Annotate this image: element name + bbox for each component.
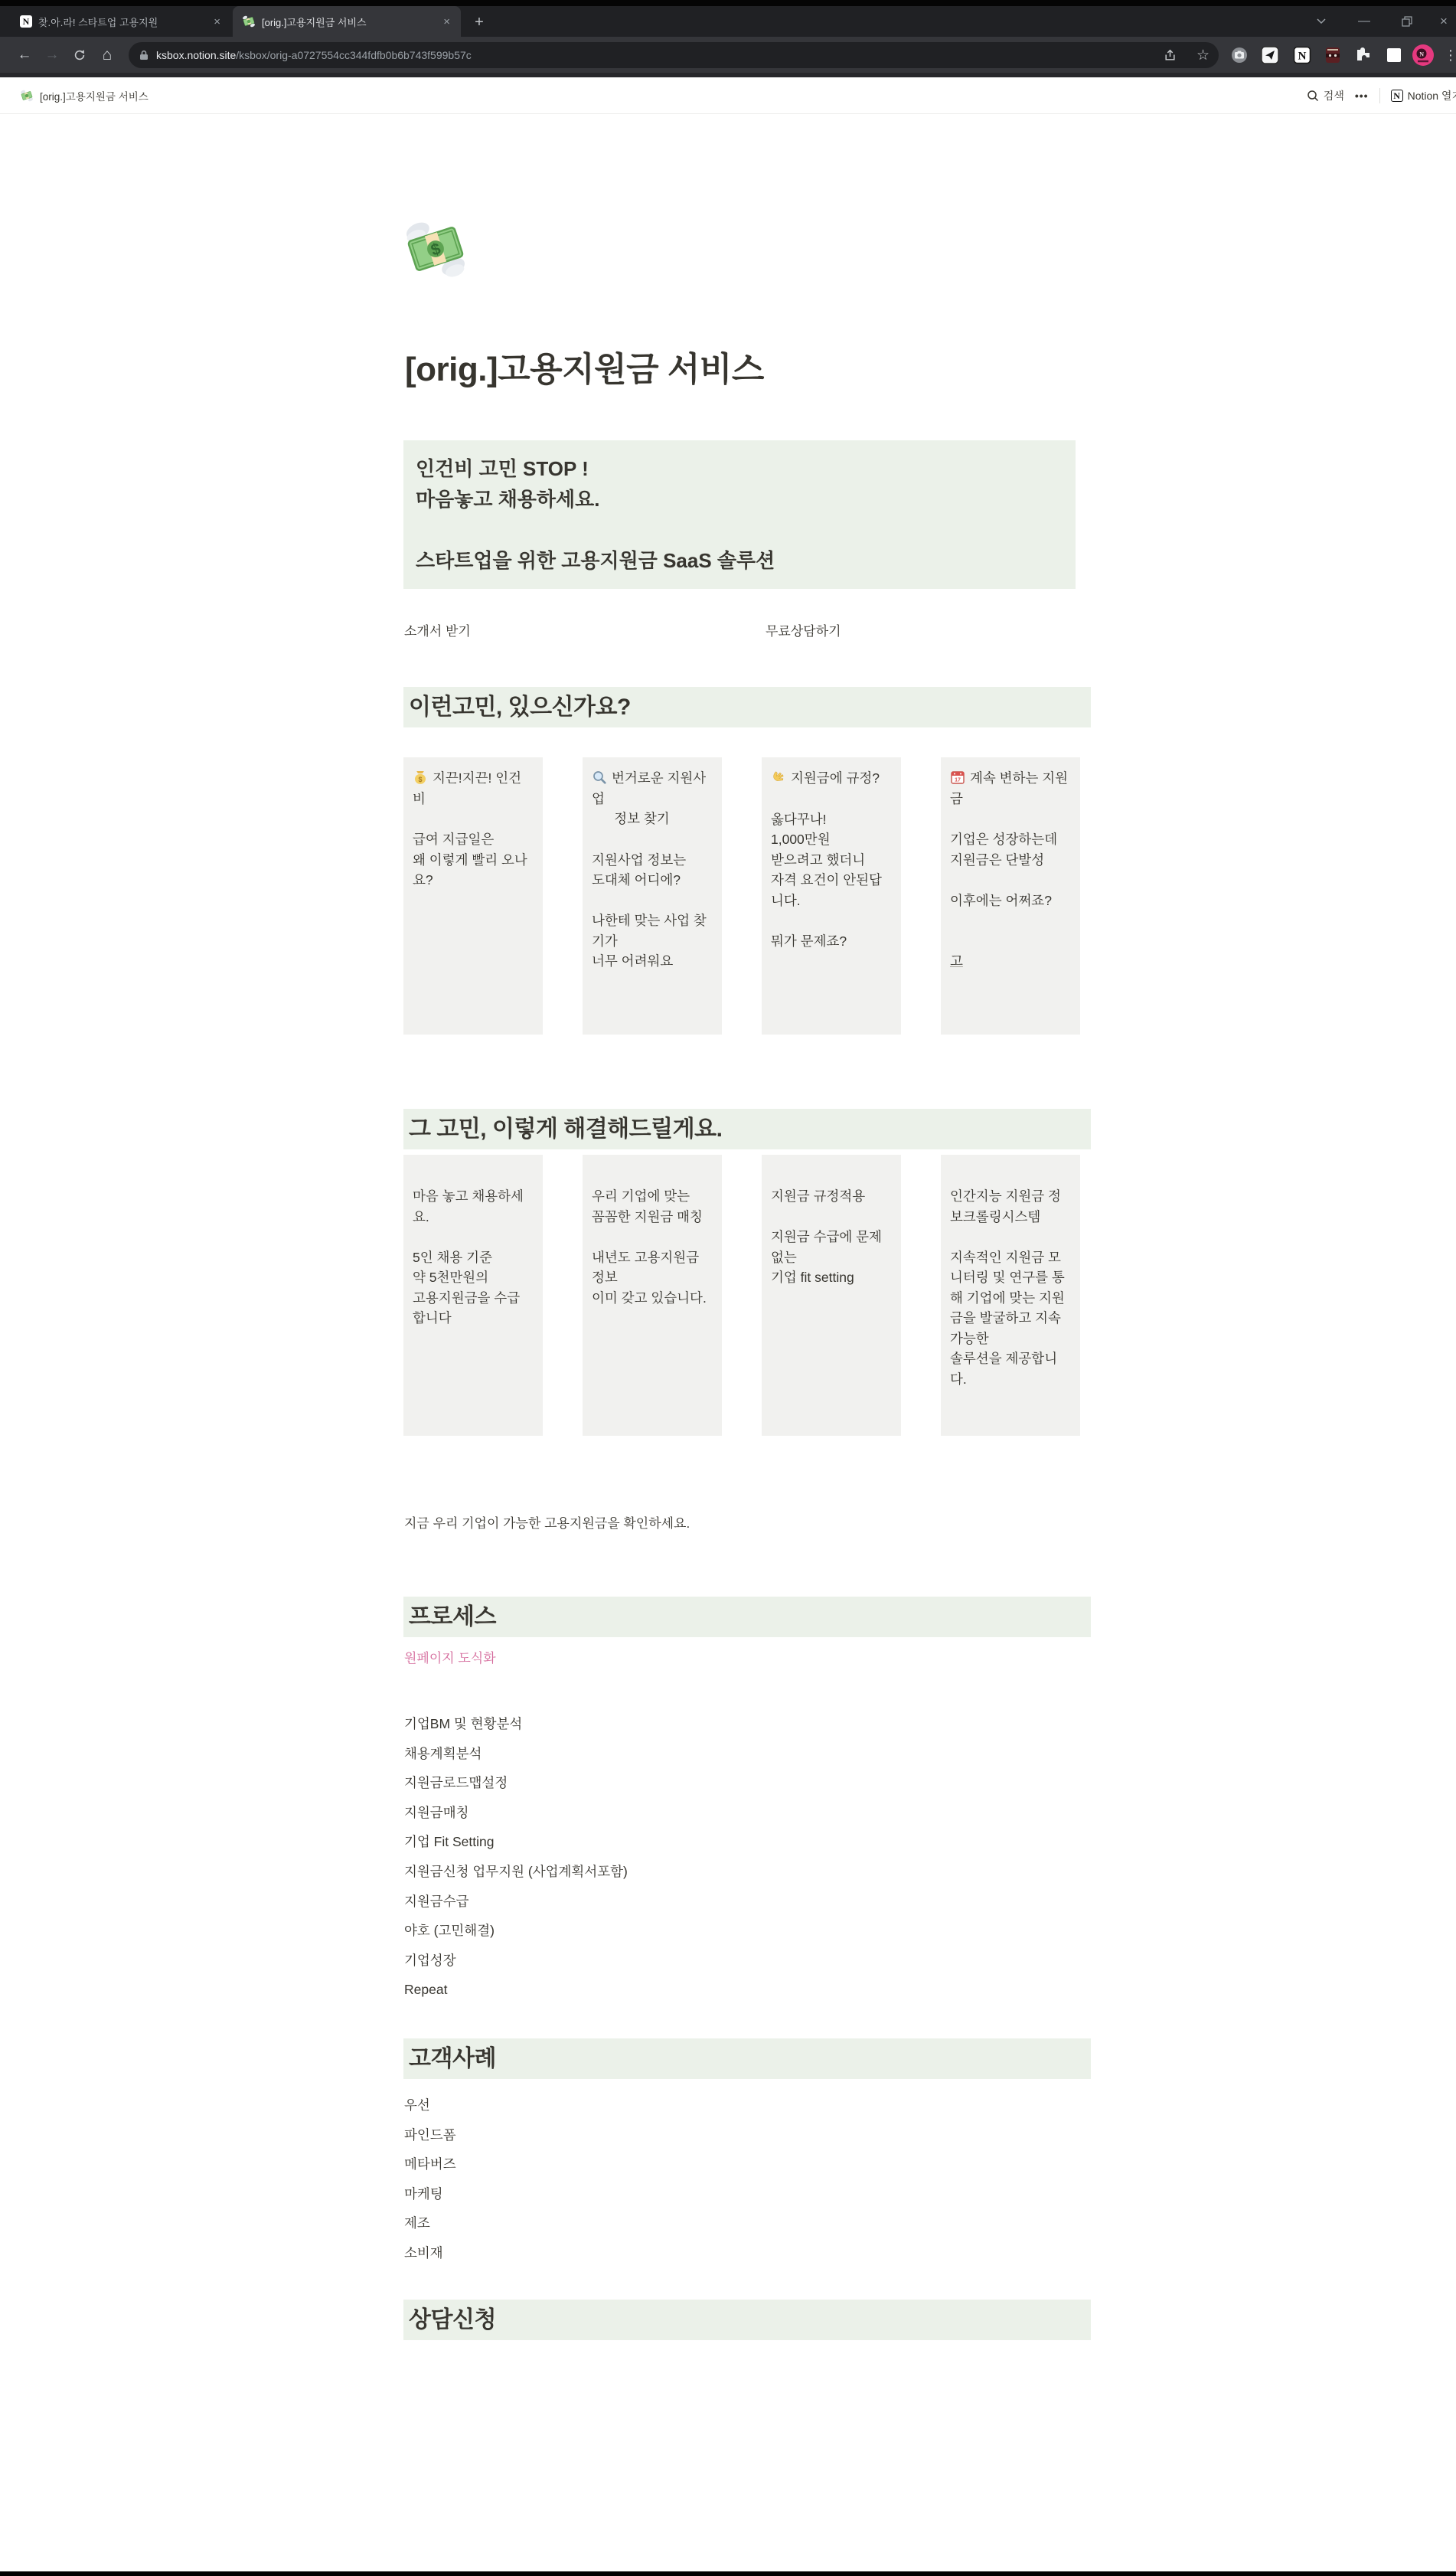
reload-icon[interactable] [67,43,92,67]
section-title-customers: 고객사례 [403,2038,1091,2079]
address-bar[interactable]: ksbox.notion.site/ksbox/orig-a0727554cc3… [129,42,1219,68]
search-button[interactable]: 검색 [1307,88,1344,103]
svg-text:N: N [1298,51,1307,63]
card-body: 옳다꾸나! 1,000만원 받으려고 했더니 자격 요건이 안된답니다. 뭐가 … [771,809,892,952]
notion-header-actions: 검색 ••• N Notion 열기 [1307,77,1456,114]
solution-card: 지원금 규정적용 지원금 수급에 문제 없는 기업 fit setting [762,1155,901,1436]
card-head-text: 계속 변하는 지원금 [950,770,1068,806]
profile-avatar[interactable]: N [1412,44,1435,67]
url-host: ksbox.notion.site [156,49,236,61]
customer-list: 우선 파인드폼 메타버즈 마케팅 제조 소비재 [404,2091,1091,2268]
svg-text:17: 17 [955,778,961,783]
intro-deck-link[interactable]: 소개서 받기 [404,620,471,639]
card-page-link[interactable]: 고 [950,951,963,972]
card-body: 지원사업 정보는 도대체 어디에? 나한테 맞는 사업 찾기가 너무 어려워요 [592,850,713,972]
card-head: 지원금에 규정? [771,768,892,789]
restore-window-icon[interactable] [1392,11,1422,32]
section-title-problems: 이런고민, 있으신가요? [403,687,1091,727]
hero-callout: 인건비 고민 STOP ! 마음놓고 채용하세요. 스타트업을 위한 고용지원금… [403,440,1076,589]
tab-search-chevron-icon[interactable] [1306,11,1337,32]
bookmark-star-icon[interactable]: ☆ [1196,47,1210,64]
search-label: 검색 [1324,88,1344,103]
url-text: ksbox.notion.site/ksbox/orig-a0727554cc3… [156,49,1164,61]
svg-text:$: $ [418,776,422,783]
problem-card: $지끈!지끈! 인건비 급여 지급일은 왜 이렇게 빨리 오나요? [403,757,543,1035]
process-item: 기업 Fit Setting [404,1827,1091,1857]
free-consult-link[interactable]: 무료상담하기 [766,620,841,639]
window-top-edge [0,0,1456,6]
browser-window: { "browser": { "tabs": [ {"title": "찾.아.… [0,0,1456,2576]
notion-extension-icon[interactable]: N [1291,44,1314,67]
card-head: 번거로운 지원사업 정보 찾기 [592,768,713,829]
new-tab-button[interactable]: + [468,12,490,34]
solution-card: 우리 기업에 맞는 꼼꼼한 지원금 매칭 내년도 고용지원금 정보 이미 갖고 … [583,1155,722,1436]
camera-extension-icon[interactable] [1228,44,1251,67]
problem-card: 지원금에 규정? 옳다꾸나! 1,000만원 받으려고 했더니 자격 요건이 안… [762,757,901,1035]
share-icon[interactable] [1164,49,1177,62]
tab-title: 찾.아.라! 스타트업 고용지원 [38,15,204,29]
clapping-hands-icon [771,770,786,785]
process-item: 지원금매칭 [404,1798,1091,1828]
paper-plane-extension-icon[interactable] [1258,44,1281,67]
process-item: Repeat [404,1975,1091,2005]
notion-logo-icon: N [20,15,32,28]
problem-card: 17계속 변하는 지원금 기업은 성장하는데 지원금은 단발성 이후에는 어쩌죠… [941,757,1080,1035]
solution-card: 인간지능 지원금 정보크롤링시스템 지속적인 지원금 모니터링 및 연구를 통해… [941,1155,1080,1436]
card-head: $지끈!지끈! 인건비 [413,768,534,809]
card-body: 급여 지급일은 왜 이렇게 빨리 오나요? [413,829,534,891]
extensions-puzzle-icon[interactable] [1352,44,1375,67]
customer-item: 소비재 [404,2238,1091,2268]
tab-2-active[interactable]: [orig.]고용지원금 서비스 × [233,6,461,37]
back-icon[interactable]: ← [12,43,37,67]
section-title-consult: 상담신청 [403,2300,1091,2340]
notion-logo-icon: N [1391,90,1403,102]
site-breadcrumb[interactable]: [orig.]고용지원금 서비스 [20,77,149,114]
tab-title: [orig.]고용지원금 서비스 [262,15,434,29]
tab-1[interactable]: N 찾.아.라! 스타트업 고용지원 × [11,6,231,37]
process-item: 채용계획분석 [404,1739,1091,1769]
section-title-process: 프로세스 [403,1597,1091,1637]
card-body: 지원금 규정적용 지원금 수급에 문제 없는 기업 fit setting [771,1186,892,1288]
tab-close-icon[interactable]: × [440,15,453,29]
close-window-button[interactable]: × [1428,11,1456,32]
card-head-text: 지원금에 규정? [791,770,880,786]
money-with-wings-icon[interactable]: $ [403,217,468,281]
header-divider [1379,88,1380,103]
card-body: 인간지능 지원금 정보크롤링시스템 지속적인 지원금 모니터링 및 연구를 통해… [950,1186,1071,1389]
process-item: 지원금수급 [404,1887,1091,1917]
cta-note: 지금 우리 기업이 가능한 고용지원금을 확인하세요. [404,1512,690,1532]
money-with-wings-icon [20,89,34,103]
process-item: 야호 (고민해결) [404,1916,1091,1946]
tab-close-icon[interactable]: × [211,15,224,29]
calendar-icon: 17 [950,770,965,785]
card-head-text: 지끈!지끈! 인건비 [413,770,521,806]
solution-card: 마음 놓고 채용하세요. 5인 채용 기준 약 5천만원의 고용지원금을 수급 … [403,1155,543,1436]
screen-bottom-edge [0,2571,1456,2576]
process-item: 기업BM 및 현황분석 [404,1709,1091,1739]
customer-item: 파인드폼 [404,2120,1091,2150]
problem-card: 번거로운 지원사업 정보 찾기 지원사업 정보는 도대체 어디에? 나한테 맞는… [583,757,722,1035]
card-body: 기업은 성장하는데 지원금은 단발성 이후에는 어쩌죠? [950,829,1071,910]
process-item: 기업성장 [404,1946,1091,1976]
section-title-solutions: 그 고민, 이렇게 해결해드릴게요. [403,1109,1091,1149]
customer-item: 마케팅 [404,2179,1091,2209]
open-in-notion-label: Notion 열기 [1408,88,1456,103]
page-title: [orig.]고용지원금 서비스 [405,342,764,391]
kebab-menu-icon[interactable]: ⋮ [1439,44,1456,67]
svg-text:N: N [1419,51,1424,58]
card-head-text: 번거로운 지원사업 정보 찾기 [592,770,706,826]
open-in-notion-button[interactable]: N Notion 열기 [1391,88,1456,103]
magnifier-icon [592,770,607,785]
search-icon [1307,90,1319,102]
more-options-icon[interactable]: ••• [1355,90,1369,102]
money-with-wings-icon [242,15,256,28]
money-bag-icon: $ [413,770,428,785]
one-page-diagram-link[interactable]: 원페이지 도식화 [404,1647,496,1666]
notion-site-header: [orig.]고용지원금 서비스 검색 ••• N Notion 열기 [0,77,1456,114]
white-square-extension-icon[interactable] [1383,44,1405,67]
customer-item: 메타버즈 [404,2149,1091,2179]
browser-toolbar: ← → ⌂ ksbox.notion.site/ksbox/orig-a0727… [0,37,1456,73]
card-body: 마음 놓고 채용하세요. 5인 채용 기준 약 5천만원의 고용지원금을 수급 … [413,1186,534,1329]
home-icon[interactable]: ⌂ [95,43,119,67]
solution-cards: 마음 놓고 채용하세요. 5인 채용 기준 약 5천만원의 고용지원금을 수급 … [403,1155,1091,1436]
url-path: /ksbox/orig-a0727554cc344fdfb0b6b743f599… [236,49,471,61]
customer-item: 제조 [404,2208,1091,2238]
card-head: 17계속 변하는 지원금 [950,768,1071,809]
tab-bar: N 찾.아.라! 스타트업 고용지원 × [orig.]고용지원금 서비스 × … [0,6,1456,37]
minimize-button[interactable]: — [1349,11,1379,32]
dark-red-extension-icon[interactable] [1321,44,1344,67]
problem-cards: $지끈!지끈! 인건비 급여 지급일은 왜 이렇게 빨리 오나요? 번거로운 지… [403,757,1091,1035]
process-list: 기업BM 및 현황분석 채용계획분석 지원금로드맵설정 지원금매칭 기업 Fit… [404,1709,1091,2005]
lock-icon [139,50,149,60]
process-item: 지원금신청 업무지원 (사업계획서포함) [404,1857,1091,1887]
customer-item: 우선 [404,2091,1091,2120]
card-body: 우리 기업에 맞는 꼼꼼한 지원금 매칭 내년도 고용지원금 정보 이미 갖고 … [592,1186,713,1308]
process-item: 지원금로드맵설정 [404,1768,1091,1798]
forward-icon[interactable]: → [40,43,64,67]
site-title: [orig.]고용지원금 서비스 [40,88,149,103]
